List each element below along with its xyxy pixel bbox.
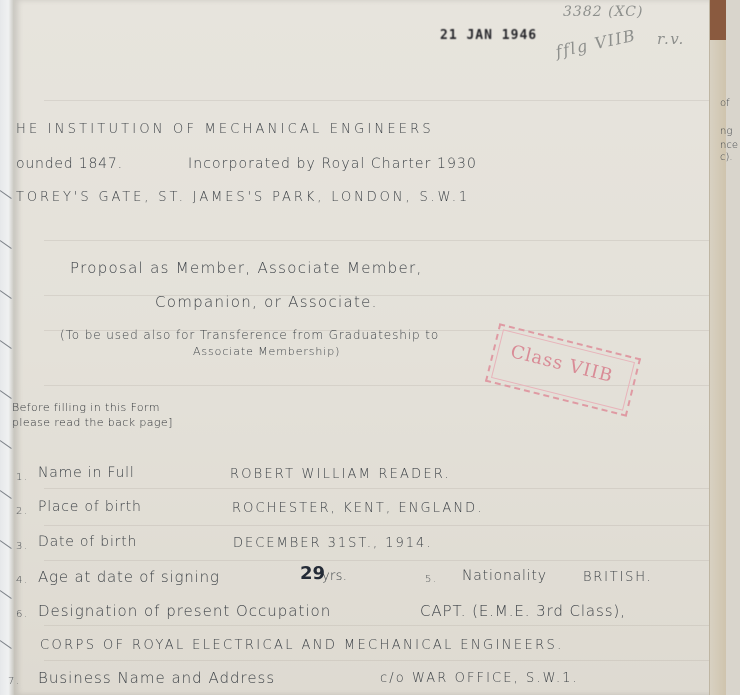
field-value-age-unit: yrs. — [322, 569, 347, 584]
proposal-title-line1: Proposal as Member, Associate Member, — [70, 259, 423, 277]
field-label-occupation: Designation of present Occupation — [38, 602, 331, 620]
margin-fragment: c). — [720, 152, 733, 163]
binding-stitch — [0, 340, 12, 349]
field-number: 1. — [16, 472, 29, 483]
field-number: 7. — [8, 676, 21, 687]
show-through-line — [44, 660, 724, 661]
binding-stitch — [0, 440, 12, 449]
pencil-initials: r.v. — [657, 30, 685, 48]
show-through-line — [44, 488, 724, 489]
binding-stitch — [0, 640, 12, 649]
field-value-place-of-birth: ROCHESTER, KENT, ENGLAND. — [232, 501, 484, 516]
margin-fragment: ng — [720, 126, 732, 137]
instruction-line2: please read the back page] — [12, 416, 173, 429]
show-through-line — [44, 100, 724, 101]
field-label-nationality: Nationality — [462, 568, 547, 584]
instruction-line1: Before filling in this Form — [12, 401, 160, 414]
binding-stitch — [0, 190, 12, 199]
binding-stitch — [0, 390, 12, 399]
margin-fragment: of — [720, 98, 730, 109]
book-binding — [0, 0, 14, 695]
field-number: 6. — [16, 609, 29, 620]
field-value-date-of-birth: DECEMBER 31ST., 1914. — [233, 536, 432, 551]
field-label-date-of-birth: Date of birth — [38, 534, 137, 550]
field-number: 5. — [425, 574, 438, 585]
binding-stitch — [0, 590, 12, 599]
transference-note-line1: (To be used also for Transference from G… — [60, 328, 439, 342]
field-number: 2. — [16, 506, 29, 517]
proposal-title-line2: Companion, or Associate. — [155, 293, 378, 311]
field-label-business-address: Business Name and Address — [38, 669, 275, 687]
field-value-occupation: CAPT. (E.M.E. 3rd Class), — [420, 602, 626, 620]
page-corner-shadow — [710, 0, 726, 40]
binding-stitch — [0, 490, 12, 499]
field-value-nationality: BRITISH. — [583, 570, 653, 585]
field-number: 3. — [16, 541, 29, 552]
binding-stitch — [0, 240, 12, 249]
field-value-occupation-corps: CORPS OF ROYAL ELECTRICAL AND MECHANICAL… — [40, 638, 564, 653]
institution-name: HE INSTITUTION OF MECHANICAL ENGINEERS — [16, 122, 434, 137]
show-through-line — [44, 525, 724, 526]
pencil-reference-note: 3382 (XC) — [563, 4, 643, 20]
show-through-line — [44, 240, 724, 241]
binding-stitch — [0, 540, 12, 549]
received-date-stamp: 21 JAN 1946 — [440, 28, 537, 43]
founded-year: ounded 1847. — [16, 156, 123, 172]
class-stamp-text: Class VIIB — [508, 341, 615, 387]
margin-fragment: nce — [720, 140, 738, 151]
field-label-age: Age at date of signing — [38, 568, 220, 586]
royal-charter: Incorporated by Royal Charter 1930 — [188, 156, 477, 172]
transference-note-line2: Associate Membership) — [193, 345, 340, 358]
show-through-line — [44, 625, 724, 626]
field-label-name: Name in Full — [38, 465, 135, 481]
form-page — [14, 0, 726, 695]
field-label-place-of-birth: Place of birth — [38, 499, 142, 515]
field-value-name: ROBERT WILLIAM READER. — [230, 467, 451, 482]
show-through-line — [44, 560, 724, 561]
show-through-line — [44, 295, 724, 296]
field-number: 4. — [16, 575, 29, 586]
field-value-business-address: c/o WAR OFFICE, S.W.1. — [380, 671, 579, 686]
binding-stitch — [0, 290, 12, 299]
institution-address: TOREY'S GATE, ST. JAMES'S PARK, LONDON, … — [16, 190, 470, 205]
